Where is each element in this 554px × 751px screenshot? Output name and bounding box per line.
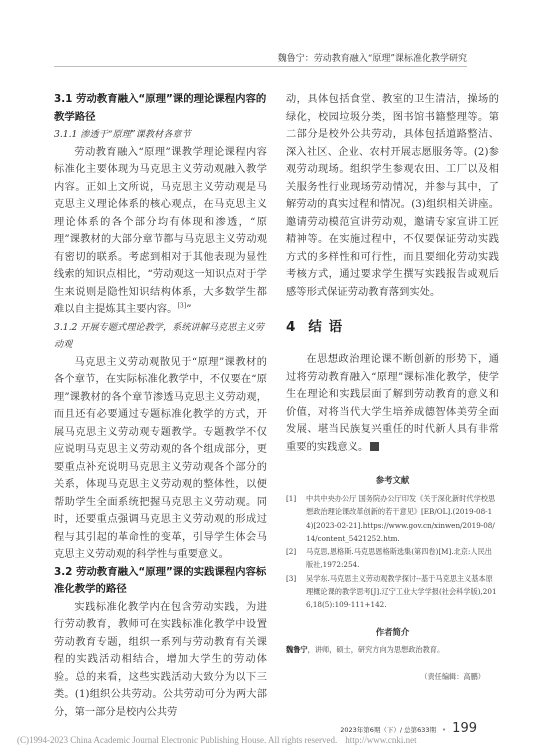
copyright-text: (C)1994-2023 China Academic Journal Elec… <box>17 735 337 745</box>
section-3-1-title: 3.1 劳动教育融入“原理”课的理论课程内容的教学路径 <box>54 91 267 126</box>
editor-note: （责任编辑：高鹏） <box>286 672 499 682</box>
section-3-2-paragraph: 实践标准化教学内在包含劳动实践，为进行劳动教育，教师可在实践标准化教学中设置劳动… <box>54 599 267 722</box>
conclusion-text: 在思想政治理论课不断创新的形势下，通过将劳动教育融入“原理”课标准化教学，使学生… <box>286 354 499 453</box>
reference-text: 吴学东.马克思主义劳动观教学探讨--基于马克思主义基本原理概论课的教学思考[J]… <box>306 572 499 612</box>
author-bio: 魏鲁宁，讲师，硕士，研究方向为思想政治教育。 <box>286 644 499 656</box>
end-of-article-icon <box>370 442 379 451</box>
section-3-1-1-title: 3.1.1 渗透于“原理”课教材各章节 <box>54 126 267 144</box>
header-rule <box>54 66 467 67</box>
closing-quote: ” <box>186 304 191 315</box>
section-4-heading: 4结 语 <box>286 317 499 337</box>
references-title: 参考文献 <box>286 474 499 486</box>
author-name: 魏鲁宁 <box>286 645 308 654</box>
section-4-number: 4 <box>286 319 296 335</box>
section-3-1-2-title: 3.1.2 开展专题式理论教学，系统讲解马克思主义劳动观 <box>54 319 267 354</box>
folio-separator: • <box>442 726 446 734</box>
running-head: 魏鲁宁：劳动教育融入“原理”课标准化教学研究 <box>54 52 467 66</box>
page-number: 199 <box>452 721 477 736</box>
section-3-1-2-paragraph: 马克思主义劳动观散见于“原理”课教材的各个章节，在实际标准化教学中，不仅要在“原… <box>54 354 267 564</box>
issue-info: 2023年第6期（下）/ 总第633期 <box>340 725 436 734</box>
cnki-url[interactable]: http://www.cnki.net <box>345 735 416 745</box>
conclusion-paragraph: 在思想政治理论课不断创新的形势下，通过将劳动教育融入“原理”课标准化教学，使学生… <box>286 351 499 456</box>
paragraph-text: 劳动教育融入“原理”课教学理论课程内容标准化主要体现为马克思主义劳动观融入教学内… <box>54 147 267 316</box>
copyright-line: (C)1994-2023 China Academic Journal Elec… <box>17 735 417 745</box>
author-bio-text: ，讲师，硕士，研究方向为思想政治教育。 <box>308 645 445 654</box>
section-4-title: 结 语 <box>308 319 343 335</box>
reference-item: [3] 吴学东.马克思主义劳动观教学探讨--基于马克思主义基本原理概论课的教学思… <box>286 572 499 612</box>
left-column: 3.1 劳动教育融入“原理”课的理论课程内容的教学路径 3.1.1 渗透于“原理… <box>54 91 267 721</box>
reference-index: [3] <box>286 572 306 612</box>
citation-marker: [3] <box>177 303 186 310</box>
section-3-1-1-paragraph: 劳动教育融入“原理”课教学理论课程内容标准化主要体现为马克思主义劳动观融入教学内… <box>54 144 267 319</box>
section-3-2-title: 3.2 劳动教育融入“原理”课的实践课程内容标准化教学的路径 <box>54 564 267 599</box>
reference-list: [1] 中共中央办公厅 国务院办公厅印发《关于深化新时代学校思想政治理论课改革创… <box>286 492 499 612</box>
page-folio: 2023年第6期（下）/ 总第633期 • 199 <box>340 721 477 735</box>
reference-text: 马克思,恩格斯.马克思恩格斯选集(第四卷)[M].北京:人民出版社,1972:2… <box>306 545 499 572</box>
author-section-title: 作者简介 <box>286 626 499 638</box>
section-3-2-paragraph-continued: 动，具体包括食堂、教室的卫生清洁，操场的绿化，校园垃圾分类，图书馆书籍整理等。第… <box>286 91 499 301</box>
right-column: 动，具体包括食堂、教室的卫生清洁，操场的绿化，校园垃圾分类，图书馆书籍整理等。第… <box>286 91 499 682</box>
reference-text: 中共中央办公厅 国务院办公厅印发《关于深化新时代学校思想政治理论课改革创新的若干… <box>306 492 499 545</box>
reference-item: [1] 中共中央办公厅 国务院办公厅印发《关于深化新时代学校思想政治理论课改革创… <box>286 492 499 545</box>
reference-item: [2] 马克思,恩格斯.马克思恩格斯选集(第四卷)[M].北京:人民出版社,19… <box>286 545 499 572</box>
reference-index: [2] <box>286 545 306 572</box>
reference-index: [1] <box>286 492 306 545</box>
